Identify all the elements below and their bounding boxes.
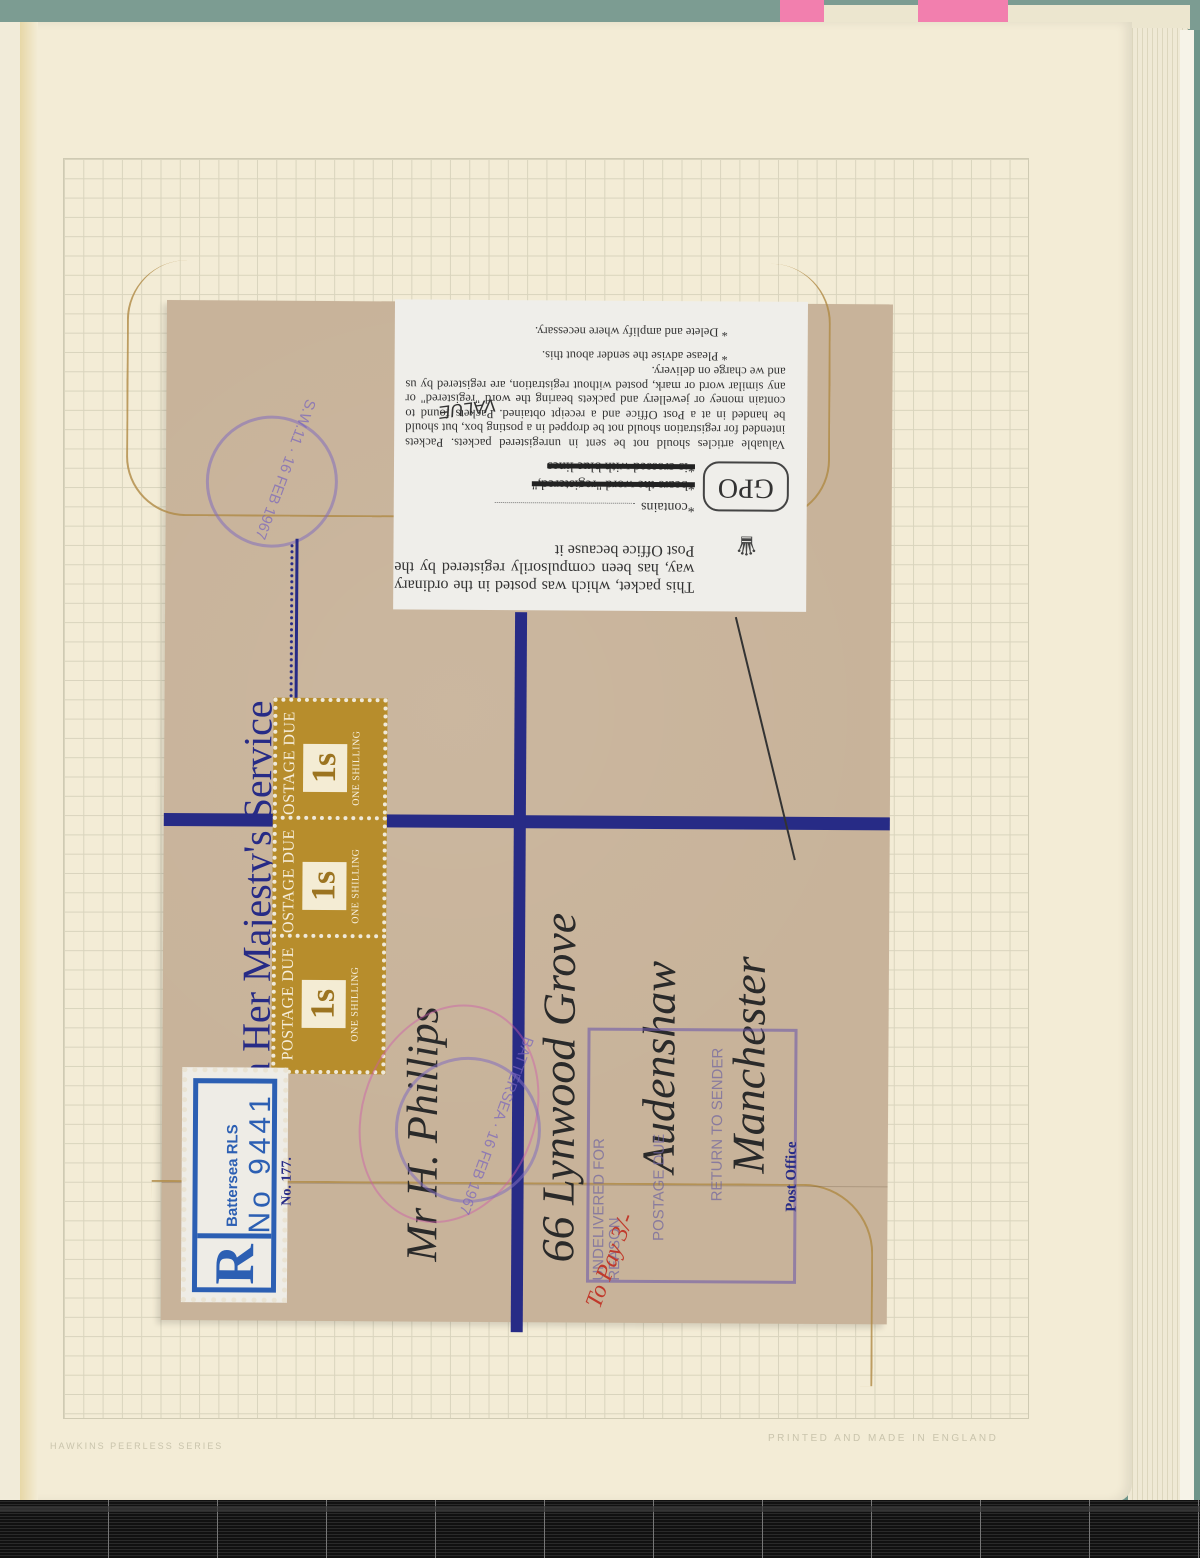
album-imprint-right: PRINTED AND MADE IN ENGLAND: [768, 1433, 998, 1444]
registration-label-frame: Battersea RLS No 9441 R: [192, 1078, 277, 1293]
struck-line-2: *is crossed with blue lines: [415, 456, 695, 476]
page-gutter: [20, 22, 38, 1502]
gpo-compulsory-registration-label: ♛ GPO This packet, which was posted in t…: [393, 299, 808, 612]
postage-due-stamp: POSTAGE DUE 1s ONE SHILLING: [271, 934, 386, 1075]
registered-envelope: S.W.11 · 16 FEB 1967 On Her Majesty's Se…: [161, 300, 893, 1324]
gpo-intro-text: This packet, which was posted in the ord…: [394, 539, 694, 595]
table-edge: [0, 1506, 1200, 1512]
registration-label: Battersea RLS No 9441 R: [181, 1067, 288, 1303]
printer-imprint: Post Office: [783, 1141, 800, 1211]
index-tab: [918, 0, 1008, 24]
page-stack-edge: [1180, 30, 1194, 1500]
struck-line-1: *bears the word "registered,": [415, 474, 695, 494]
gpo-note-2: * Delete and amplify where necessary.: [398, 323, 728, 339]
handstamp-line-3: POSTAGE DUE: [651, 1134, 668, 1241]
gpo-logo: GPO: [703, 461, 789, 512]
album-imprint-left: HAWKINS PEERLESS SERIES: [50, 1441, 223, 1451]
gpo-contains-label: *contains: [641, 499, 695, 514]
stamp-title: POSTAGE DUE: [279, 938, 298, 1070]
stamp-subtitle: ONE SHILLING: [349, 938, 361, 1070]
dotted-line: [495, 502, 635, 504]
registered-letter-r: R: [210, 1232, 260, 1296]
gpo-contains-line: *contains: [405, 497, 695, 513]
stamp-subtitle: ONE SHILLING: [351, 702, 363, 834]
stamp-value: 1s: [303, 744, 347, 792]
registration-number: No 9441: [243, 1083, 278, 1233]
previous-page-edge: [0, 22, 20, 1502]
handstamp-line-4: RETURN TO SENDER: [710, 1048, 727, 1202]
stamp-subtitle: ONE SHILLING: [350, 820, 362, 952]
crown-icon: ♛: [726, 517, 766, 551]
index-tab: [780, 0, 824, 22]
form-number: No. 177.: [279, 1157, 295, 1206]
stamp-value: 1s: [302, 862, 346, 910]
stamp-value: 1s: [302, 980, 346, 1028]
page-stack: [1128, 28, 1188, 1503]
gpo-note-1: * Please advise the sender about this.: [398, 347, 728, 363]
stamp-title: POSTAGE DUE: [281, 702, 300, 834]
registration-office: Battersea RLS: [224, 1077, 242, 1227]
gpo-struck-lines: *bears the word "registered," *is crosse…: [415, 456, 695, 494]
stamp-title: POSTAGE DUE: [280, 820, 299, 952]
